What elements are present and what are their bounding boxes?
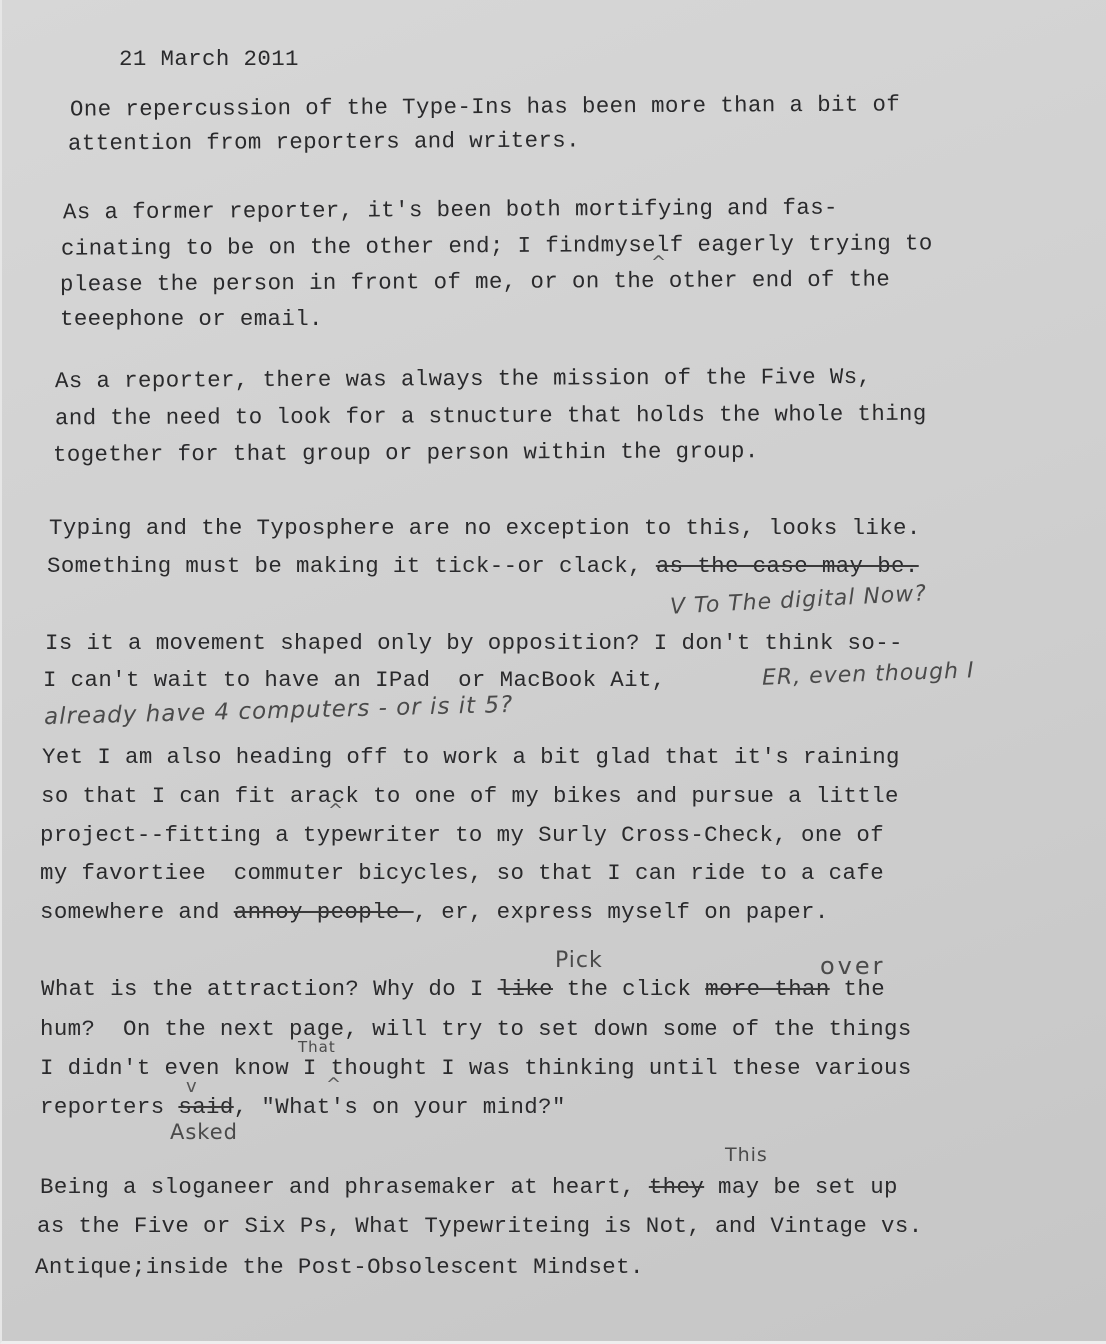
handwritten-er-even-though: ER, even though I: [762, 660, 975, 689]
paragraph-7-line-3: I didn't even know I thought I was think…: [40, 1057, 912, 1079]
paragraph-6-line-5: somewhere and annoy-people-, er, express…: [40, 901, 829, 923]
paragraph-7-line-1: What is the attraction? Why do I like th…: [41, 978, 885, 1000]
date-line: 21 March 2011: [119, 48, 299, 70]
struck-text: more than: [705, 976, 830, 1002]
paragraph-4-line-2-text: Something must be making it tick--or cla…: [47, 553, 642, 579]
struck-text: as the case may be.: [656, 553, 919, 579]
paragraph-3-line-3: together for that group or person within…: [53, 440, 759, 466]
paragraph-7-line-1-c: the: [830, 976, 885, 1002]
struck-text: like: [498, 976, 553, 1002]
paragraph-1-line-2: attention from reporters and writers.: [68, 129, 580, 155]
struck-text: said: [178, 1094, 233, 1120]
paragraph-1-line-1: One repercussion of the Type-Ins has bee…: [70, 93, 900, 120]
typewritten-page: 21 March 2011 One repercussion of the Ty…: [0, 0, 1106, 1344]
paragraph-4-line-2: Something must be making it tick--or cla…: [47, 555, 919, 577]
paragraph-6-line-2: so that I can fit arack to one of my bik…: [41, 785, 899, 807]
handwritten-pick: Pick: [555, 950, 603, 972]
paragraph-2-line-4: teeephone or email.: [60, 308, 323, 330]
paragraph-8-line-1-b: may be set up: [704, 1174, 898, 1200]
paragraph-7-line-4: reporters said, "What's on your mind?": [40, 1096, 566, 1118]
paragraph-3-line-1: As a reporter, there was always the miss…: [55, 366, 871, 393]
paragraph-2-line-1: As a former reporter, it's been both mor…: [63, 197, 838, 224]
paragraph-5-line-2: I can't wait to have an IPad or MacBook …: [43, 669, 666, 691]
struck-text: they: [649, 1174, 704, 1200]
handwritten-text: To The digital Now?: [694, 581, 928, 618]
handwritten-asked: Asked: [170, 1122, 238, 1143]
paragraph-5-line-1: Is it a movement shaped only by oppositi…: [45, 632, 903, 654]
paragraph-8-line-1-a: Being a sloganeer and phrasemaker at hea…: [40, 1174, 649, 1200]
paragraph-7-line-4-a: reporters: [40, 1094, 178, 1120]
paragraph-7-line-4-b: , "What's on your mind?": [234, 1094, 566, 1120]
paragraph-8-line-2: as the Five or Six Ps, What Typewriteing…: [37, 1215, 923, 1237]
paragraph-7-line-1-b: the click: [553, 976, 705, 1002]
paragraph-8-line-3: Antique;inside the Post-Obsolescent Mind…: [35, 1256, 644, 1278]
insert-caret-mark: ^: [326, 1076, 341, 1094]
paragraph-4-line-1: Typing and the Typosphere are no excepti…: [49, 517, 921, 539]
paragraph-6-line-1: Yet I am also heading off to work a bit …: [42, 746, 900, 768]
paragraph-3-line-2: and the need to look for a stnucture tha…: [55, 403, 927, 430]
insert-caret-mark: ^: [328, 802, 343, 820]
struck-text: annoy-people-: [234, 899, 414, 925]
paragraph-6-line-4: my favortiee commuter bicycles, so that …: [40, 862, 884, 884]
paragraph-6-line-5-text: somewhere and: [40, 899, 220, 925]
paragraph-8-line-1: Being a sloganeer and phrasemaker at hea…: [40, 1176, 898, 1198]
handwritten-that: That: [298, 1040, 336, 1055]
paragraph-2-line-3: please the person in front of me, or on …: [60, 268, 890, 295]
handwritten-to-the-digital-now: V To The digital Now?: [670, 583, 928, 618]
paragraph-6-line-3: project--fitting a typewriter to my Surl…: [40, 824, 884, 846]
handwritten-already-have: already have 4 computers - or is it 5?: [44, 694, 514, 729]
handwritten-this: This: [725, 1146, 768, 1165]
paragraph-7-line-2: hum? On the next page, will try to set d…: [40, 1018, 912, 1040]
paragraph-7-line-1-a: What is the attraction? Why do I: [41, 976, 498, 1002]
paragraph-6-line-5-tail: , er, express myself on paper.: [414, 899, 829, 925]
handwritten-over: over: [820, 954, 886, 978]
paragraph-2-line-2: cinating to be on the other end; I findm…: [61, 232, 933, 260]
